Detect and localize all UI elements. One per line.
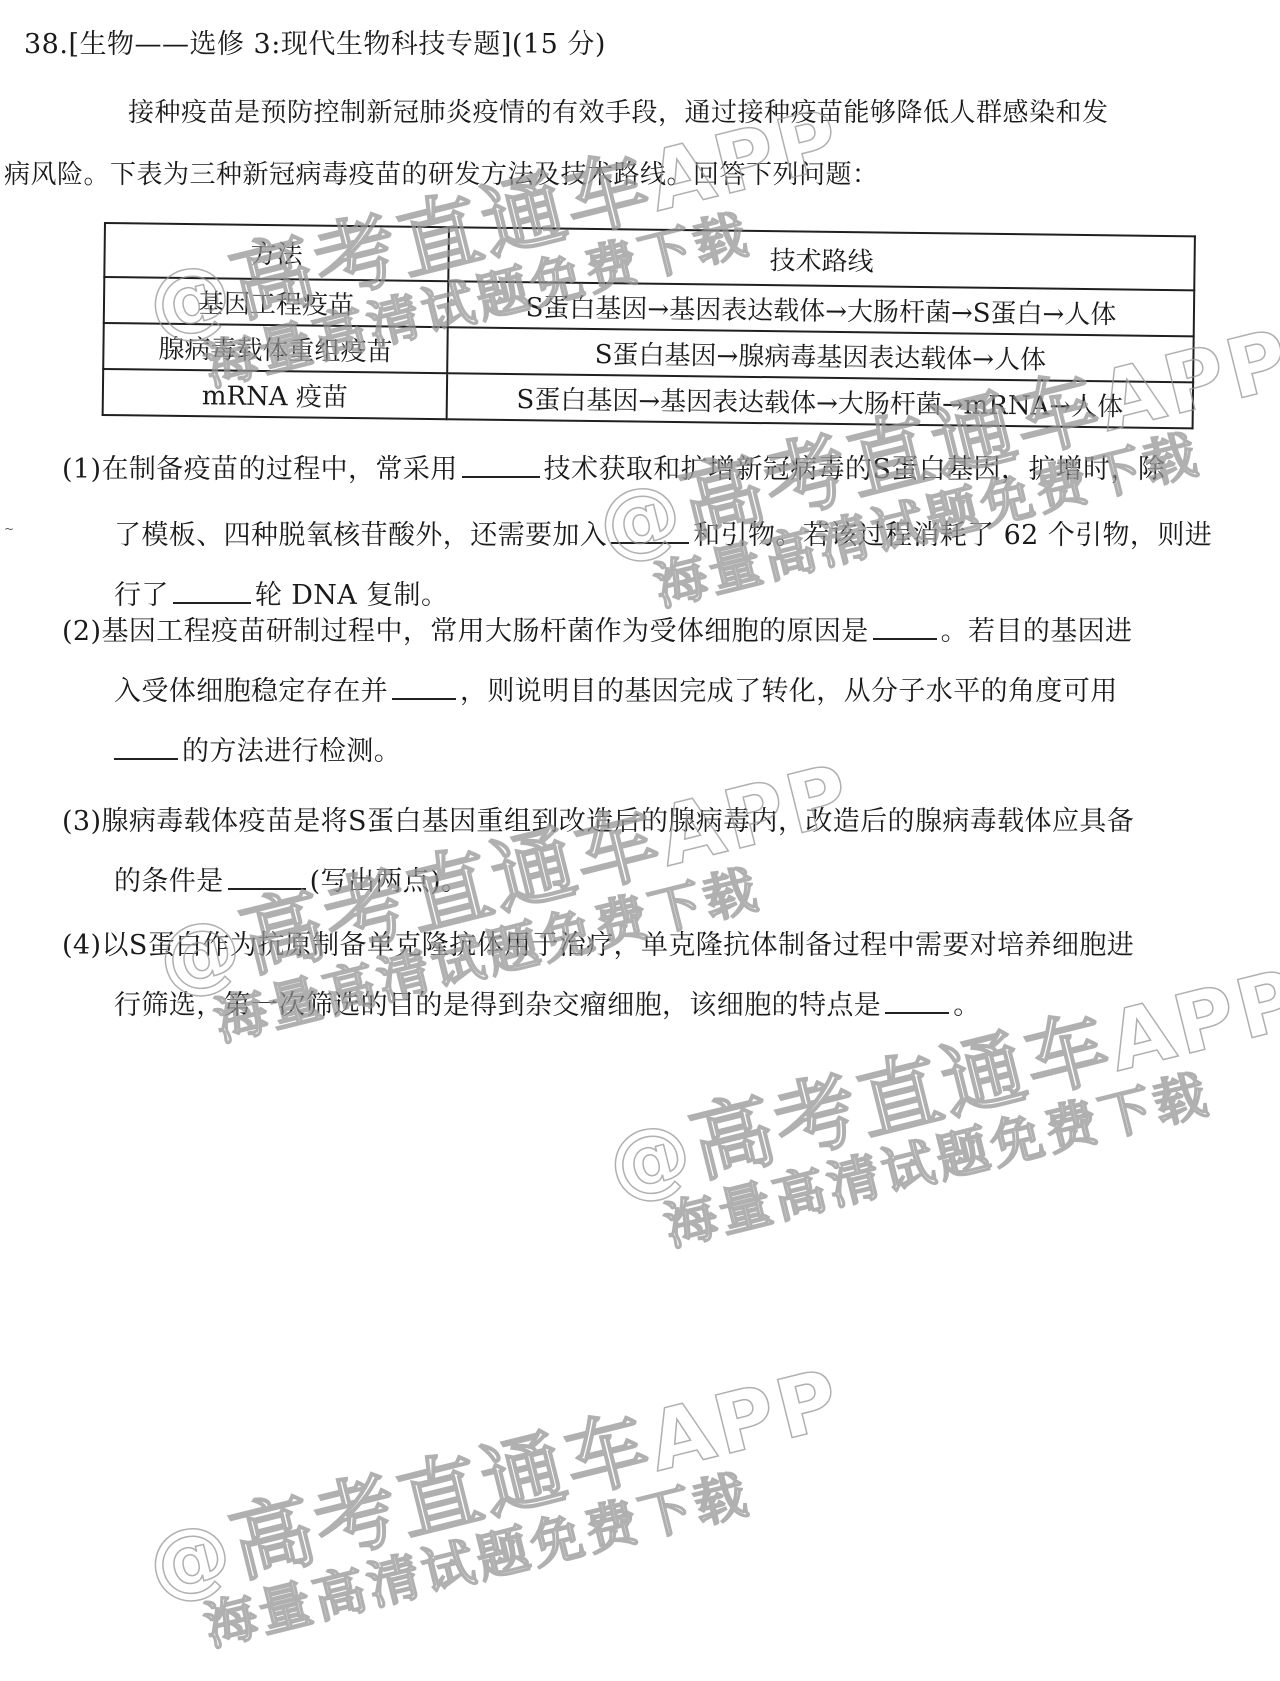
answer-blank[interactable] [462,454,540,478]
q4-line-2: 行筛选，第一次筛选的目的是得到杂交瘤细胞，该细胞的特点是。 [62,976,1242,1036]
watermark-line-1: @高考直通车APP [140,1358,850,1610]
sub-question-4: (4)以S蛋白作为抗原制备单克隆抗体用于治疗，单克隆抗体制备过程中需要对培养细胞… [62,916,1242,1036]
watermark-line-2: 海量高清试题免费下载 [660,1041,1280,1254]
q2-line-2: 入受体细胞稳定存在并，则说明目的基因完成了转化，从分子水平的角度可用 [62,662,1242,722]
watermark: @高考直通车APP 海量高清试题免费下载 [140,1358,864,1664]
question-intro: 接种疫苗是预防控制新冠肺炎疫情的有效手段，通过接种疫苗能够降低人群感染和发 病风… [66,82,1236,206]
question-header: 38.[生物——选修 3:现代生物科技专题](15 分) [24,22,606,61]
answer-blank[interactable] [885,990,949,1014]
q1-line-2: 了模板、四种脱氧核苷酸外，还需要加入和引物。若该过程消耗了 62 个引物，则进 [62,506,1242,566]
q4-line-1: (4)以S蛋白作为抗原制备单克隆抗体用于治疗，单克隆抗体制备过程中需要对培养细胞… [62,916,1242,976]
q1-text: 和引物。若该过程消耗了 62 个引物，则进 [693,520,1212,551]
q2-line-1: (2)基因工程疫苗研制过程中，常用大肠杆菌作为受体细胞的原因是。若目的基因进 [62,602,1242,662]
q2-text: 。若目的基因进 [941,616,1133,647]
sub-question-1: (1)在制备疫苗的过程中，常采用技术获取和扩增新冠病毒的S蛋白基因，扩增时，除 … [62,440,1242,626]
table-cell-route: S蛋白基因→基因表达载体→大肠杆菌→mRNA→人体 [447,373,1194,428]
answer-blank[interactable] [114,736,178,760]
table-header-route: 技术路线 [448,227,1195,290]
q3-line-2: 的条件是(写出两点)。 [62,852,1242,912]
answer-blank[interactable] [173,580,251,604]
table-header-method: 方法 [104,223,449,281]
answer-blank[interactable] [873,616,937,640]
intro-line-1: 接种疫苗是预防控制新冠肺炎疫情的有效手段，通过接种疫苗能够降低人群感染和发 [128,98,1109,128]
q2-line-3: 的方法进行检测。 [62,722,1242,782]
q1-line-1: (1)在制备疫苗的过程中，常采用技术获取和扩增新冠病毒的S蛋白基因，扩增时，除 [62,440,1242,500]
q1-text: (1)在制备疫苗的过程中，常采用 [62,454,458,485]
q2-text: (2)基因工程疫苗研制过程中，常用大肠杆菌作为受体细胞的原因是 [62,616,869,647]
q1-text: 了模板、四种脱氧核苷酸外，还需要加入 [114,520,607,551]
q3-text: (3)腺病毒载体疫苗是将S蛋白基因重组到改造后的腺病毒内，改造后的腺病毒载体应具… [62,806,1134,837]
table-cell-method: 基因工程疫苗 [104,277,449,327]
intro-line-2: 病风险。下表为三种新冠病毒疫苗的研发方法及技术路线。回答下列问题： [4,144,1236,206]
vaccine-table: 方法 技术路线 基因工程疫苗 S蛋白基因→基因表达载体→大肠杆菌→S蛋白→人体 … [102,222,1196,429]
q4-text: 。 [953,990,980,1021]
table-cell-method: mRNA 疫苗 [103,369,448,419]
q2-text: ，则说明目的基因完成了转化，从分子水平的角度可用 [460,676,1118,707]
answer-blank[interactable] [228,866,306,890]
q4-text: (4)以S蛋白作为抗原制备单克隆抗体用于治疗，单克隆抗体制备过程中需要对培养细胞… [62,930,1134,961]
q3-text: 的条件是 [114,866,224,897]
table-cell-method: 腺病毒载体重组疫苗 [103,323,448,373]
answer-blank[interactable] [611,520,689,544]
q3-line-1: (3)腺病毒载体疫苗是将S蛋白基因重组到改造后的腺病毒内，改造后的腺病毒载体应具… [62,792,1242,852]
q4-text: 行筛选，第一次筛选的目的是得到杂交瘤细胞，该细胞的特点是 [114,990,881,1021]
q3-text: (写出两点)。 [310,866,469,897]
margin-mark: ~ [4,522,14,536]
sub-question-2: (2)基因工程疫苗研制过程中，常用大肠杆菌作为受体细胞的原因是。若目的基因进 入… [62,602,1242,782]
watermark-line-2: 海量高清试题免费下载 [200,1441,864,1654]
q2-text: 入受体细胞稳定存在并 [114,676,388,707]
answer-blank[interactable] [392,676,456,700]
q1-text: 技术获取和扩增新冠病毒的S蛋白基因，扩增时，除 [544,454,1166,485]
q2-text: 的方法进行检测。 [182,736,401,767]
exam-page: 38.[生物——选修 3:现代生物科技专题](15 分) 接种疫苗是预防控制新冠… [0,0,1280,1681]
sub-question-3: (3)腺病毒载体疫苗是将S蛋白基因重组到改造后的腺病毒内，改造后的腺病毒载体应具… [62,792,1242,912]
